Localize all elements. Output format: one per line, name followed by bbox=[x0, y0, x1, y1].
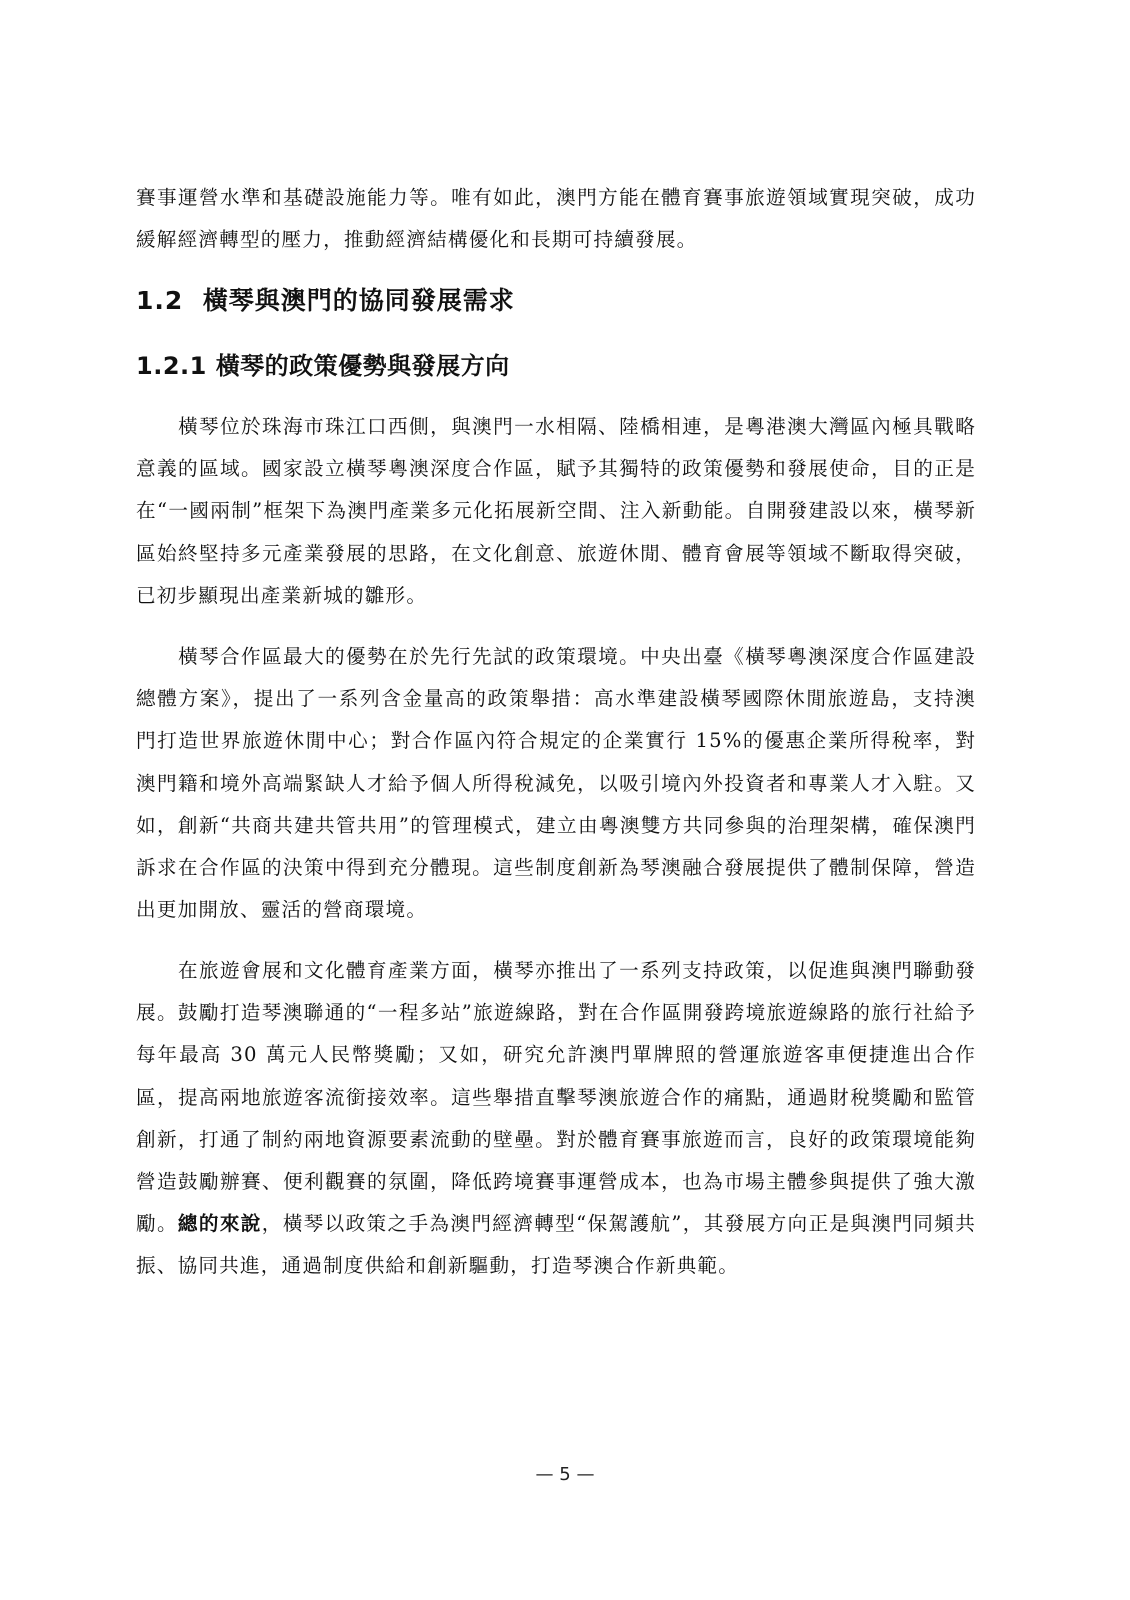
paragraph-3: 在旅遊會展和文化體育產業方面，橫琴亦推出了一系列支持政策，以促進與澳門聯動發展。… bbox=[136, 950, 976, 1288]
subsection-heading-block: 1.2.1 橫琴的政策優勢與發展方向 bbox=[136, 348, 976, 384]
page-number: — 5 — bbox=[0, 1464, 1130, 1485]
paragraph-1: 橫琴位於珠海市珠江口西側，與澳門一水相隔、陸橋相連，是粵港澳大灣區內極具戰略意義… bbox=[136, 406, 976, 617]
continuation-block: 賽事運營水準和基礎設施能力等。唯有如此，澳門方能在體育賽事旅遊領域實現突破，成功… bbox=[136, 177, 976, 261]
paragraph-2: 橫琴合作區最大的優勢在於先行先試的政策環境。中央出臺《橫琴粵澳深度合作區建設總體… bbox=[136, 636, 976, 931]
paragraph-3-text-after: ，橫琴以政策之手為澳門經濟轉型“保駕護航”，其發展方向正是與澳門同頻共振、協同共… bbox=[136, 1212, 976, 1277]
paragraph-3-text-before: 在旅遊會展和文化體育產業方面，橫琴亦推出了一系列支持政策，以促進與澳門聯動發展。… bbox=[136, 959, 976, 1235]
paragraph-3-block: 在旅遊會展和文化體育產業方面，橫琴亦推出了一系列支持政策，以促進與澳門聯動發展。… bbox=[136, 950, 976, 1288]
section-heading-block: 1.2 橫琴與澳門的協同發展需求 bbox=[136, 283, 976, 319]
paragraph-1-block: 橫琴位於珠海市珠江口西側，與澳門一水相隔、陸橋相連，是粵港澳大灣區內極具戰略意義… bbox=[136, 406, 976, 617]
document-page: 賽事運營水準和基礎設施能力等。唯有如此，澳門方能在體育賽事旅遊領域實現突破，成功… bbox=[0, 0, 1130, 1600]
section-heading: 1.2 橫琴與澳門的協同發展需求 bbox=[136, 283, 976, 319]
paragraph-3-bold-phrase: 總的來說 bbox=[178, 1212, 262, 1235]
continuation-paragraph: 賽事運營水準和基礎設施能力等。唯有如此，澳門方能在體育賽事旅遊領域實現突破，成功… bbox=[136, 177, 976, 261]
subsection-heading: 1.2.1 橫琴的政策優勢與發展方向 bbox=[136, 348, 976, 384]
paragraph-2-block: 橫琴合作區最大的優勢在於先行先試的政策環境。中央出臺《橫琴粵澳深度合作區建設總體… bbox=[136, 636, 976, 931]
